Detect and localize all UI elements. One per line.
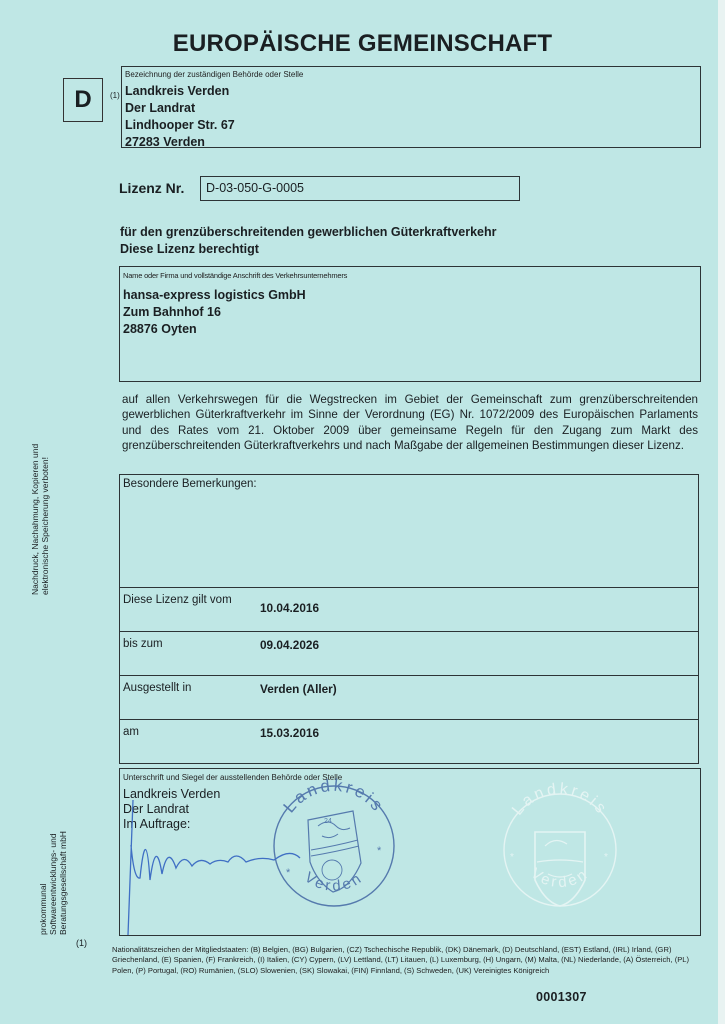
issued-on-row: am 15.03.2016: [119, 720, 699, 764]
authority-label: Bezeichnung der zuständigen Behörde oder…: [125, 70, 303, 79]
signature-box: Unterschrift und Siegel der ausstellende…: [119, 768, 701, 936]
publisher-imprint: prokommunal Softwareentwicklungs- und Be…: [38, 831, 68, 935]
authority-line: Lindhooper Str. 67: [125, 117, 235, 134]
purpose-line: für den grenzüberschreitenden gewerblich…: [120, 225, 497, 239]
publisher-line: prokommunal: [38, 831, 48, 935]
issued-in-row: Ausgestellt in Verden (Aller): [119, 676, 699, 720]
signature-line: Im Auftrage:: [123, 817, 220, 832]
valid-until-row: bis zum 09.04.2026: [119, 632, 699, 676]
issued-in-value: Verden (Aller): [260, 682, 337, 696]
valid-from-label: Diese Lizenz gilt vom: [123, 594, 232, 606]
nationality-footnote: Nationalitätszeichen der Mitgliedstaaten…: [112, 945, 712, 976]
holder-line: 28876 Oyten: [123, 321, 306, 338]
license-number-box: D-03-050-G-0005: [200, 176, 520, 201]
valid-from-row: Diese Lizenz gilt vom 10.04.2016: [119, 588, 699, 632]
paper-edge: [718, 0, 725, 1024]
country-code-box: D: [63, 78, 103, 122]
publisher-line: Softwareentwicklungs- und: [48, 831, 58, 935]
holder-box: Name oder Firma und vollständige Anschri…: [119, 266, 701, 382]
authority-line: 27283 Verden: [125, 134, 235, 151]
valid-from-value: 10.04.2016: [260, 601, 319, 615]
issued-on-value: 15.03.2016: [260, 726, 319, 740]
authority-address: Landkreis Verden Der Landrat Lindhooper …: [125, 83, 235, 151]
authority-line: Landkreis Verden: [125, 83, 235, 100]
signature-line: Landkreis Verden: [123, 787, 220, 802]
details-grid: Besondere Bemerkungen: Diese Lizenz gilt…: [119, 474, 699, 764]
signature-line: Der Landrat: [123, 802, 220, 817]
holder-line: Zum Bahnhof 16: [123, 304, 306, 321]
notice-line: elektronische Speicherung verboten!: [40, 444, 50, 595]
remarks-label: Besondere Bemerkungen:: [123, 478, 257, 490]
signature-lines: Landkreis Verden Der Landrat Im Auftrage…: [123, 787, 220, 832]
authority-line: Der Landrat: [125, 100, 235, 117]
license-number-label: Lizenz Nr.: [119, 180, 184, 196]
valid-until-value: 09.04.2026: [260, 638, 319, 652]
issued-in-label: Ausgestellt in: [123, 682, 191, 694]
remarks-field: Besondere Bemerkungen:: [119, 474, 699, 588]
holder-label: Name oder Firma und vollständige Anschri…: [123, 271, 347, 280]
valid-until-label: bis zum: [123, 638, 163, 650]
notice-line: Nachdruck, Nachahmung, Kopieren und: [30, 444, 40, 595]
holder-address: hansa-express logistics GmbH Zum Bahnhof…: [123, 287, 306, 338]
footnote-marker: (1): [110, 91, 120, 100]
document-title: EUROPÄISCHE GEMEINSCHAFT: [0, 30, 725, 58]
footnote-marker-bottom: (1): [76, 938, 87, 948]
publisher-line: Beratungsgesellschaft mbH: [58, 831, 68, 935]
copy-protection-notice: Nachdruck, Nachahmung, Kopieren und elek…: [30, 444, 50, 595]
signature-label: Unterschrift und Siegel der ausstellende…: [123, 773, 342, 782]
holder-line: hansa-express logistics GmbH: [123, 287, 306, 304]
legal-paragraph: auf allen Verkehrswegen für die Wegstrec…: [122, 392, 698, 454]
license-number-value: D-03-050-G-0005: [206, 181, 304, 195]
authority-box: Bezeichnung der zuständigen Behörde oder…: [121, 66, 701, 148]
issued-on-label: am: [123, 726, 139, 738]
entitles-line: Diese Lizenz berechtigt: [120, 242, 259, 256]
serial-number: 0001307: [536, 990, 587, 1004]
